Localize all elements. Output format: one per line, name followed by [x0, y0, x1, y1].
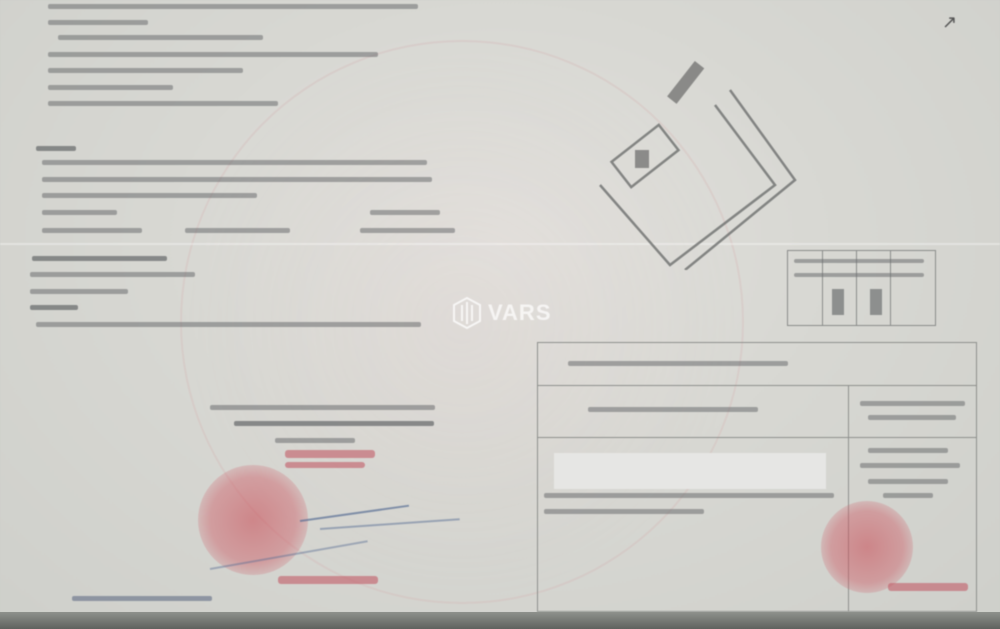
official-red-stamp: [198, 465, 308, 575]
watermark-brand: VARS: [488, 300, 552, 326]
page-fold: [0, 243, 1000, 245]
north-arrow-icon: ↗: [942, 12, 957, 33]
area-summary-table: [787, 250, 936, 326]
certificate-page: ↗ VARS: [0, 0, 1000, 612]
hexagon-logo-icon: [452, 296, 482, 330]
parcel-plan-sketch: [590, 60, 810, 270]
table-surface: [0, 612, 1000, 629]
vars-watermark: VARS: [452, 296, 552, 330]
registration-changes-table: [537, 342, 977, 612]
signer-name: [278, 576, 378, 584]
redacted-entry: [554, 453, 826, 489]
registration-red-stamp: [821, 501, 913, 593]
